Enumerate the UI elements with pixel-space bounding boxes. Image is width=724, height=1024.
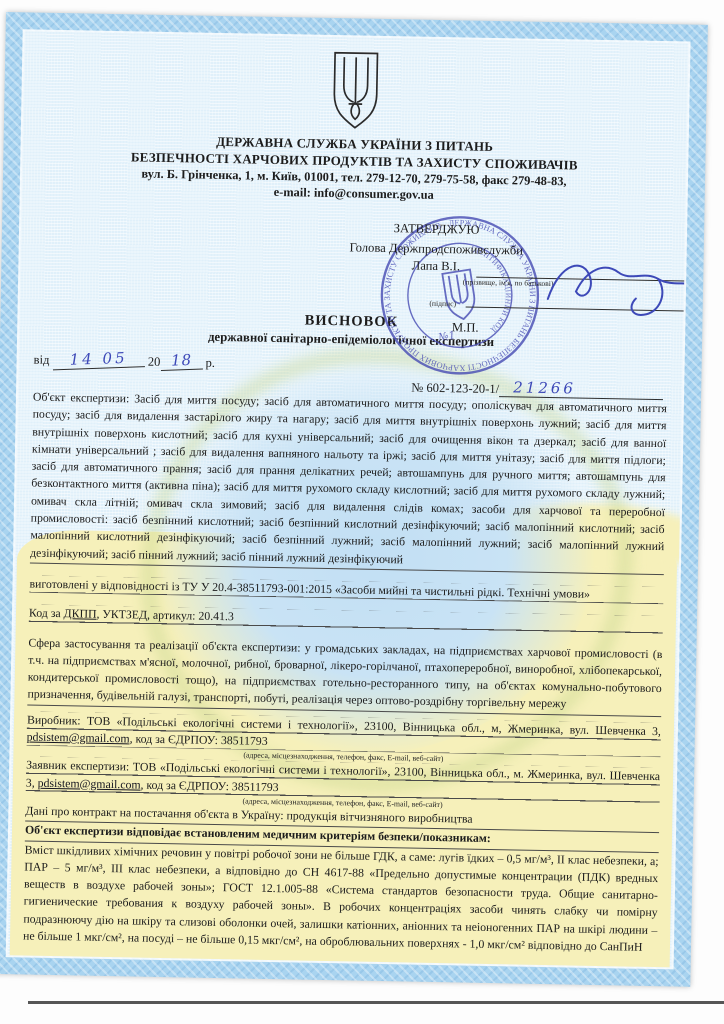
handwritten-year: 18 [160, 351, 203, 371]
ukraine-trident-icon [329, 51, 382, 130]
certificate-inner-field: ДЕРЖАВНА СЛУЖБА УКРАЇНИ З ПИТАНЬ БЕЗПЕЧН… [8, 31, 689, 967]
document-body: Об'єкт експертизи: Засіб для миття посуд… [23, 389, 667, 957]
signature-caption: (підпис) [408, 298, 478, 308]
date-century: 20 [148, 355, 161, 369]
approver-name: Лапа В.І. [308, 257, 563, 277]
approve-label: ЗАТВЕРДЖУЮ [309, 220, 564, 240]
scanned-document: ДЕРЖАВНА СЛУЖБА УКРАЇНИ З ПИТАНЬ БЕЗПЕЧН… [0, 0, 724, 1024]
manufacturer-email: pdsistem@gmail.com [27, 730, 130, 746]
document-content: ДЕРЖАВНА СЛУЖБА УКРАЇНИ З ПИТАНЬ БЕЗПЕЧН… [8, 31, 689, 967]
applicant-code: , код за ЄДРПОУ: 38511793 [140, 777, 278, 794]
code-dkpp: ДКПП [64, 606, 97, 621]
scope-paragraph: Сфера застосування та реалізації об'єкта… [27, 634, 662, 715]
certificate-page: ДЕРЖАВНА СЛУЖБА УКРАЇНИ З ПИТАНЬ БЕЗПЕЧН… [0, 12, 708, 987]
scanner-edge-line [28, 1001, 724, 1004]
applicant-email: pdsistem@gmail.com [38, 775, 141, 791]
date-suffix: р. [205, 356, 215, 370]
manufacturer-code: , код за ЄДРПОУ: 38511793 [130, 731, 268, 748]
criteria-paragraph: Вміст шкідливих хімічних речовин у повіт… [23, 841, 659, 956]
handwritten-date: 14 05 [52, 348, 145, 370]
code-prefix: Код за [29, 606, 64, 621]
code-rest: , УКТЗЕД, артикул: 20.41.3 [96, 607, 234, 624]
handwritten-signature [539, 247, 688, 330]
object-paragraph: Об'єкт експертизи: Засіб для миття посуд… [30, 389, 667, 574]
seal-place-label: М.П. [425, 320, 505, 336]
date-prefix: від [34, 353, 50, 367]
